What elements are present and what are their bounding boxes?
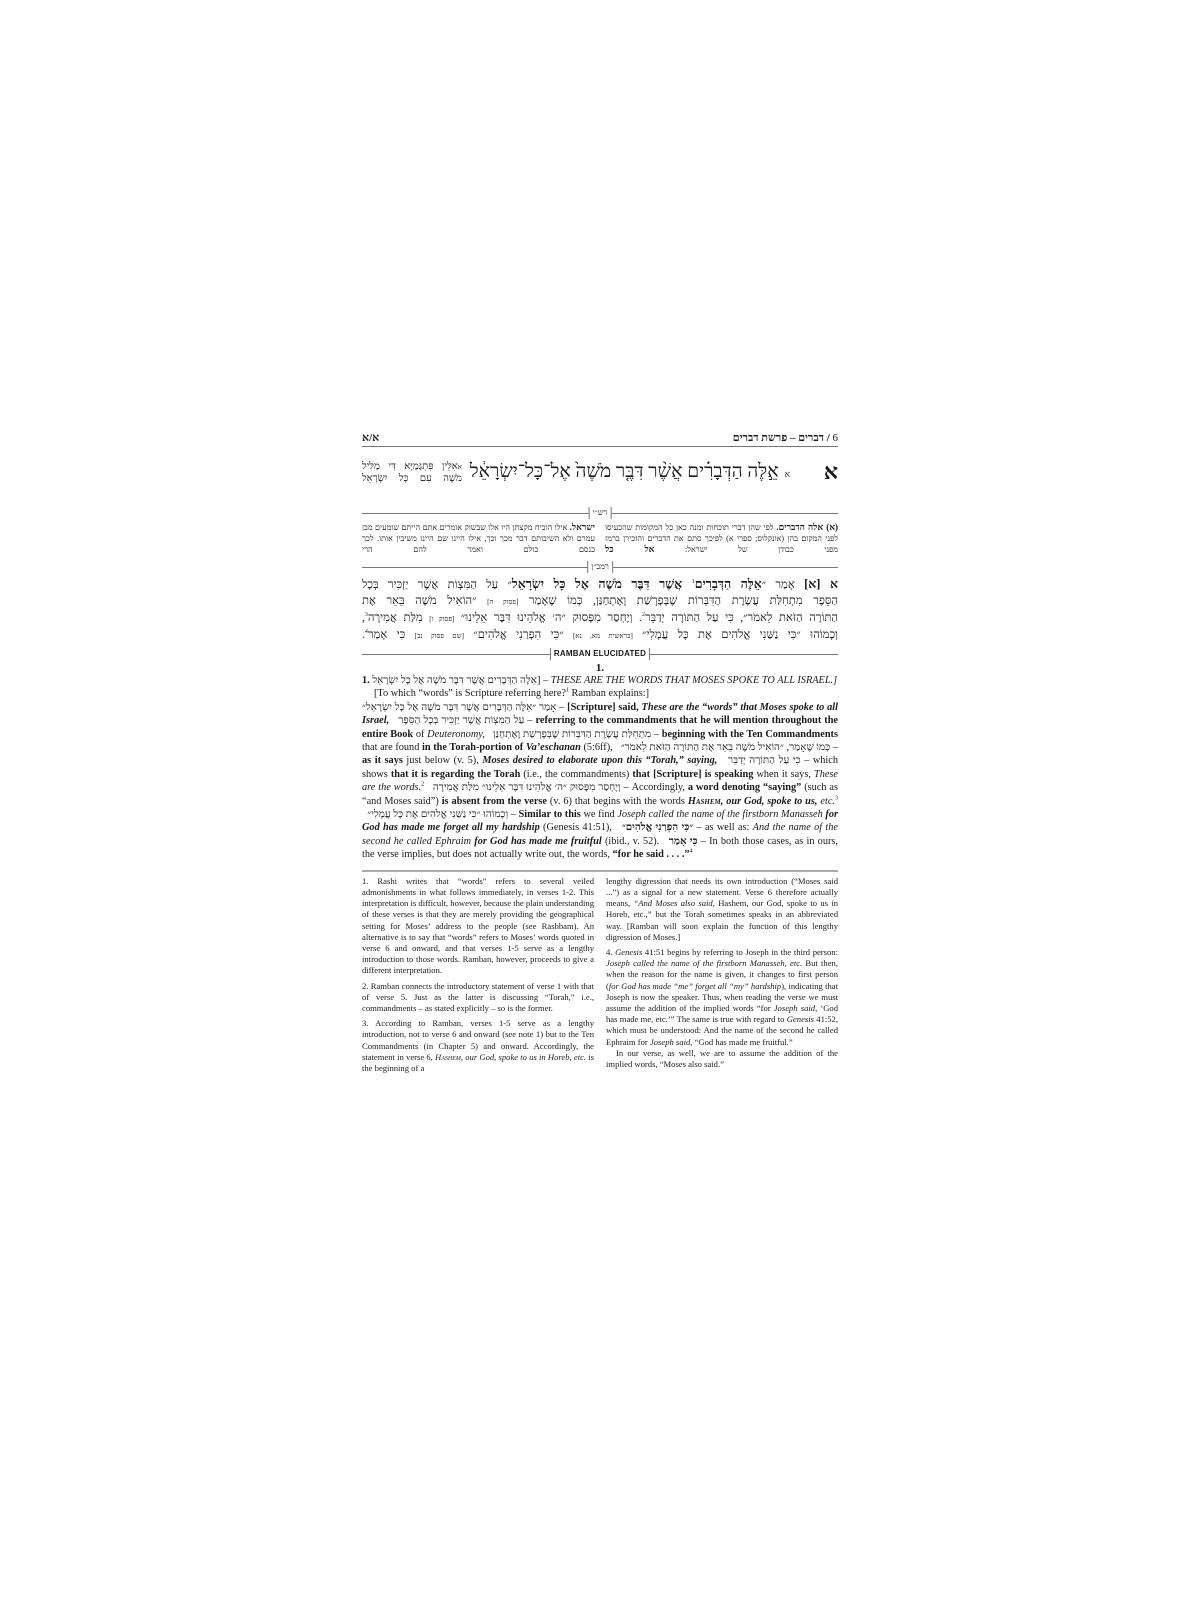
elucidated-label: RAMBAN ELUCIDATED: [550, 648, 650, 660]
ramban-text: הַסֵּפֶר מִתְחִלַּת עֲשֶׂרֶת הַדִּבְּרוֹ…: [529, 595, 838, 607]
onkelos-translation: אאִלֵּין פִּתְגָּמַיָּא דִּי מַלִּיל מֹש…: [362, 461, 462, 485]
verse-ref: [שם פסוק נב]: [415, 632, 464, 640]
lemma-hebrew: [אֵלֶּה הַדְּבָרִים אֲשֶׁר דִּבֶּר מֹשֶׁ…: [372, 675, 540, 686]
footnote-italic: Genesis: [787, 1014, 814, 1024]
ramban-text: ״כִּי הִפְרַנִי אֱלֹהִים״: [473, 629, 563, 641]
chapter-letter: א: [814, 461, 838, 483]
parashah-name: פרשת דברים: [733, 432, 787, 444]
page-number: 6: [833, 432, 839, 444]
english-italic: Joseph called the name of the firstborn …: [617, 809, 822, 820]
footnote-4: 4. Genesis 41:51 begins by referring to …: [606, 947, 838, 1048]
footnote-ref: 3: [835, 795, 838, 801]
intro-paragraph: [To which “words” is Scripture referring…: [362, 687, 838, 700]
english-text: that are found: [362, 742, 422, 753]
rashi-divider: רש״י: [362, 507, 838, 519]
ramban-text: וְכָמוֹהוּ ״כִּי נַשַּׁנִי אֱלֹהִים אֶת …: [642, 629, 838, 641]
ramban-label: רמב״ן: [587, 561, 613, 573]
footnote-text: 41:51 begins by referring to Joseph in t…: [642, 947, 838, 957]
intro-text: Ramban explains:]: [569, 688, 649, 699]
english-text: just below (v. 5),: [403, 755, 479, 766]
header-dash: –: [790, 432, 796, 444]
verse-ref: (Genesis 41:51),: [543, 822, 612, 833]
footnote-italic: Genesis: [615, 947, 642, 957]
hebrew-segment: כִּי אָמַר: [669, 836, 698, 847]
ramban-line: הַסֵּפֶר מִתְחִלַּת עֲשֶׂרֶת הַדִּבְּרוֹ…: [362, 593, 838, 610]
elucidation-paragraph: אָמַר ״אֵלֶּה הַדְּבָרִים אֲשֶׁר דִּבֶּר…: [362, 701, 838, 862]
english-bold: beginning with the Ten Commandments: [662, 729, 838, 740]
english-bold: as it says: [362, 755, 403, 766]
ramban-text: אָמַר ״: [762, 579, 795, 591]
footnote-italic: Joseph called the name of the firstborn …: [606, 958, 802, 968]
elucidated-text: 1. [אֵלֶּה הַדְּבָרִים אֲשֶׁר דִּבֶּר מֹ…: [362, 674, 838, 862]
english-bold-italic: Moses desired to elaborate upon this “To…: [482, 755, 717, 766]
ramban-line: הַתּוֹרָה הַזֹּאת לֵאמֹר״, כִּי עַל הַתּ…: [362, 610, 838, 627]
english-text: of: [413, 729, 427, 740]
elucidated-divider: RAMBAN ELUCIDATED: [362, 648, 838, 660]
hebrew-segment: אָמַר ״אֵלֶּה הַדְּבָרִים אֲשֶׁר דִּבֶּר…: [362, 702, 556, 713]
footnote-3: 3. According to Ramban, verses 1-5 serve…: [362, 1018, 594, 1074]
intro-text: [To which “words” is Scripture referring…: [374, 688, 566, 699]
footnote-italic: “And Moses also said,: [633, 898, 714, 908]
hebrew-segment: כִּי עַל הַתּוֹרָה יְדַבֵּר: [728, 755, 801, 766]
english-bold: Similar to this: [519, 809, 581, 820]
chapter-verse-marker: א/א: [362, 432, 379, 444]
footnotes-column-right: lengthy digression that needs its own in…: [606, 876, 838, 1078]
rashi-column-right: (א) אלה הדברים. לפי שהן דברי תוכחות ומנה…: [605, 522, 838, 555]
divine-name: Hashem,: [435, 1052, 463, 1062]
ramban-bold: אֲשֶׁר דִּבֶּר מֹשֶׁה אֶל כָּל יִשְׂרָאֵ…: [512, 577, 692, 591]
footnote-italic: for God has made “me” forget all “my” ha…: [609, 981, 781, 991]
hebrew-segment: כְּמוֹ שֶׁאָמַר, ״הוֹאִיל מֹשֶׁה בֵּאֵר …: [621, 742, 830, 753]
english-text: when it says,: [753, 769, 814, 780]
hebrew-segment: עַל הַמִּצְוֹת אֲשֶׁר יַזְכִּיר בְּכָל ה…: [398, 715, 524, 726]
footnote-divider: [362, 870, 838, 872]
verse-ref: [פסוק ו]: [429, 615, 454, 623]
footnote-1: 1. Rashi writes that “words” refers to s…: [362, 876, 594, 977]
verse-ref: (5:6ff),: [583, 742, 612, 753]
footnote-ref: 2: [421, 782, 424, 788]
footnote-italic: Joseph said: [774, 1003, 815, 1013]
ramban-text: הַתּוֹרָה הַזֹּאת לֵאמֹר״, כִּי עַל הַתּ…: [645, 612, 838, 624]
rashi-lemma: אל כל: [605, 544, 654, 554]
english-bold: that it is regarding the Torah: [391, 769, 521, 780]
ramban-text: ״ עַל הַמִּצְוֹת אֲשֶׁר יַזְכִּיר בְּכָל: [362, 579, 512, 591]
verse-ref: [פסוק ה]: [487, 598, 518, 606]
footnote-2: 2. Ramban connects the introductory stat…: [362, 981, 594, 1015]
ramban-text: . וְיֶחְסַר מִפָּסוּק ״ה׳ אֱלֹהֵינוּ דִּ…: [461, 612, 642, 624]
ramban-bold: אֵלֶּה הַדְּבָרִים: [695, 577, 762, 591]
page-header-title: 6 / דברים – פרשת דברים: [733, 432, 838, 444]
header-separator: /: [827, 432, 830, 444]
rashi-text: אילו הוכיח מקצתן היו אלו שבשוק אומרים את…: [422, 523, 567, 532]
ramban-lead: א [א]: [804, 577, 838, 591]
rashi-commentary: (א) אלה הדברים. לפי שהן דברי תוכחות ומנה…: [362, 522, 838, 555]
english-text: as well as:: [705, 822, 753, 833]
section-number: 1.: [362, 662, 838, 674]
ramban-line: וְכָמוֹהוּ ״כִּי נַשַּׁנִי אֱלֹהִים אֶת …: [362, 627, 838, 644]
english-text: we find: [581, 809, 618, 820]
english-bold-italic: for God has made me fruitful: [474, 836, 601, 847]
divine-name: Hashem,: [688, 796, 723, 807]
footnote-3-continued: lengthy digression that needs its own in…: [606, 876, 838, 943]
footnote-4-conclusion: In our verse, as well, we are to assume …: [606, 1048, 838, 1070]
ramban-text: כִּי אָמַר: [368, 629, 405, 641]
hebrew-segment: וְכָמוֹהוּ ״כִּי נַשַּׁנִי אֱלֹהִים אֶת …: [367, 809, 508, 820]
hebrew-segment: מִתְחִלַּת עֲשֶׂרֶת הַדִּבְּרוֹת שֶׁבְּפ…: [493, 729, 651, 740]
verse-ref: [בראשית מא, נא]: [573, 632, 633, 640]
ramban-text: מִלַּת אֲמִירָה: [368, 612, 423, 624]
english-text: (v. 6) that begins with the words: [547, 796, 688, 807]
ramban-text: ״הוֹאִיל מֹשֶׁה בֵּאֵר אֶת: [362, 595, 477, 607]
english-bold: a word denoting “saying”: [688, 782, 801, 793]
onkelos-line: אִלֵּין פִּתְגָּמַיָּא דִּי מַלִּיל: [362, 461, 458, 472]
english-italic: etc.: [817, 796, 835, 807]
lemma-paragraph: 1. [אֵלֶּה הַדְּבָרִים אֲשֶׁר דִּבֶּר מֹ…: [362, 674, 838, 687]
footnotes-column-left: 1. Rashi writes that “words” refers to s…: [362, 876, 594, 1078]
verse-letter: א: [785, 469, 790, 479]
english-text: Accordingly,: [632, 782, 688, 793]
footnote-italic: Joseph said: [650, 1037, 690, 1047]
verse-block: אאִלֵּין פִּתְגָּמַיָּא דִּי מַלִּיל מֹש…: [362, 461, 838, 497]
rashi-text: לפי שהן דברי תוכחות ומנה כאן כל: [665, 523, 773, 532]
running-head: א/א 6 / דברים – פרשת דברים: [362, 428, 838, 447]
ramban-line: א [א] אָמַר ״אֵלֶּה הַדְּבָרִים1 אֲשֶׁר …: [362, 576, 838, 593]
english-italic: Deuteronomy,: [427, 729, 485, 740]
rashi-label: רש״י: [589, 507, 612, 519]
hebrew-segment: ״כִּי הִפְרַנִי אֱלֹהִים״: [622, 822, 693, 833]
english-bold: that [Scripture] is speaking: [632, 769, 753, 780]
torah-verse: אאֵ֣לֶּה הַדְּבָרִ֗ים אֲשֶׁ֨ר דִּבֶּ֤ר מ…: [462, 461, 814, 485]
rashi-lemma: ישראל.: [570, 522, 595, 532]
verse-hebrew: אֵ֣לֶּה הַדְּבָרִ֗ים אֲשֶׁ֨ר דִּבֶּ֤ר מֹ…: [470, 461, 779, 482]
book-page: א/א 6 / דברים – פרשת דברים אאִלֵּין פִּת…: [362, 428, 838, 1078]
footnote-ref: 4: [690, 849, 693, 855]
footnote-text: , “God has made me fruitful.”: [690, 1037, 792, 1047]
lemma-number: 1.: [362, 675, 370, 686]
rashi-lemma: (א) אלה הדברים.: [776, 522, 838, 532]
english-bold: “for he said . . . .”: [613, 849, 690, 860]
book-name: דברים: [798, 432, 824, 444]
footnote-number: 4.: [606, 947, 615, 957]
footnotes: 1. Rashi writes that “words” refers to s…: [362, 876, 838, 1078]
footnote-italic: our God, spoke to us in Horeb, etc.: [463, 1052, 586, 1062]
english-bold-italic: our God, spoke to us,: [723, 796, 817, 807]
ramban-divider: רמב״ן: [362, 561, 838, 573]
english-bold: in the Torah-portion of: [422, 742, 523, 753]
onkelos-line: מֹשֶׁה עִם כָּל יִשְׂרָאֵל: [362, 473, 462, 484]
ramban-hebrew-text: א [א] אָמַר ״אֵלֶּה הַדְּבָרִים1 אֲשֶׁר …: [362, 576, 838, 644]
rashi-column-left: ישראל. אילו הוכיח מקצתן היו אלו שבשוק או…: [362, 522, 595, 555]
verse-ref: (ibid., v. 52).: [605, 836, 659, 847]
english-text: (i.e., the commandments): [520, 769, 632, 780]
hebrew-segment: וְיֶחְסַר מִפָּסוּק ״ה׳ אֱלֹהֵינוּ דִּבֶ…: [433, 782, 621, 793]
english-bold: [Scripture] said,: [567, 702, 639, 713]
english-bold: is absent from the verse: [442, 796, 547, 807]
english-bold-italic: Va’eschanan: [526, 742, 581, 753]
lemma-english: THESE ARE THE WORDS THAT MOSES SPOKE TO …: [551, 675, 837, 686]
